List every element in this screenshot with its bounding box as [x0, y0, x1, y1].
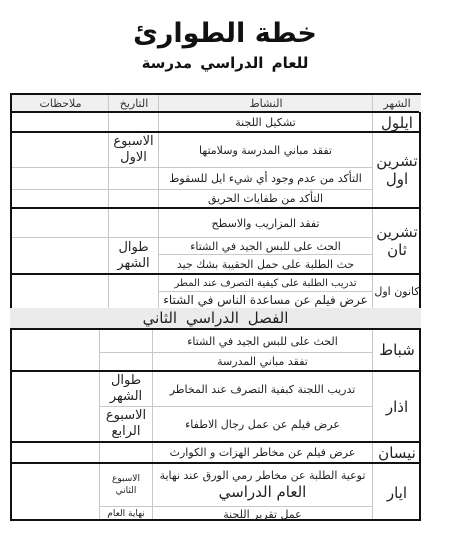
- month-cell: شباط: [373, 330, 421, 370]
- activity-text-emphasis: العام الدراسي: [219, 483, 307, 501]
- activity-cell: عرض فيلم عن مخاطر الهزات و الكوارث: [153, 443, 372, 462]
- month-cell: اذار: [373, 372, 421, 441]
- date-cell: طوال الشهر: [100, 372, 152, 406]
- activity-cell: التأكد من عدم وجود أي شيء ايل للسقوط: [159, 168, 372, 189]
- column-header-activity: النشاط: [159, 95, 373, 112]
- activity-cell: تشكيل اللجنة: [159, 113, 372, 132]
- column-header-date: التاريخ: [109, 95, 159, 112]
- activity-cell: حث الطلبة على حمل الحقيبة بشك جيد: [159, 255, 372, 273]
- semester1-table: الشهر النشاط التاريخ ملاحظات ايلول تشكيل…: [10, 93, 421, 310]
- month-cell: تشرين اول: [373, 133, 421, 207]
- activity-cell: الحث على للبس الجيد في الشتاء: [153, 330, 372, 352]
- activity-cell: تدريب الطلبة على كيفية التصرف عند المطر: [159, 275, 372, 291]
- activity-cell: عرض فيلم عن مساعدة الناس في الشتاء: [159, 292, 372, 308]
- month-cell: نيسان: [373, 443, 421, 462]
- date-cell: طوال الشهر: [109, 238, 158, 273]
- activity-cell: التأكد من طفايات الحريق: [159, 190, 372, 207]
- month-cell: ايلول: [373, 113, 421, 132]
- date-cell: الاسبوع الثاني: [100, 464, 152, 506]
- semester2-table: شباط الحث على للبس الجيد في الشتاء تفقد …: [10, 328, 421, 521]
- activity-cell: تفقد المزاريب والاسطح: [159, 209, 372, 237]
- activity-cell: الحث على للبس الجيد في الشتاء: [159, 238, 372, 254]
- activity-cell: تفقد مباني المدرسة: [153, 353, 372, 370]
- activity-text: توعية الطلبة عن مخاطر رمي الورق عند نهاي…: [160, 469, 366, 483]
- date-cell: الاسبوع الاول: [109, 133, 158, 167]
- date-cell: نهاية العام: [100, 507, 152, 521]
- column-header-notes: ملاحظات: [12, 95, 109, 112]
- semester2-heading: الفصل الدراسي الثاني: [10, 308, 421, 328]
- column-header-month: الشهر: [373, 95, 421, 112]
- activity-cell: تفقد مباني المدرسة وسلامتها: [159, 133, 372, 167]
- activity-cell: توعية الطلبة عن مخاطر رمي الورق عند نهاي…: [153, 464, 372, 506]
- plan-title: خطة الطوارئ: [0, 18, 450, 50]
- month-cell: ايار: [373, 464, 421, 521]
- activity-cell: عمل تقرير اللجنة: [153, 507, 372, 521]
- month-cell: تشرين ثان: [373, 209, 421, 273]
- date-cell: الاسبوع الرابع: [100, 407, 152, 441]
- plan-subtitle: للعام الدراسي مدرسة: [0, 53, 450, 73]
- activity-cell: عرض فيلم عن عمل رجال الاطفاء: [153, 407, 372, 441]
- column-divider: [108, 95, 109, 308]
- month-cell: كانون اول: [373, 275, 421, 308]
- activity-cell: تدريب اللجنة كبفية التصرف عند المخاطر: [153, 372, 372, 406]
